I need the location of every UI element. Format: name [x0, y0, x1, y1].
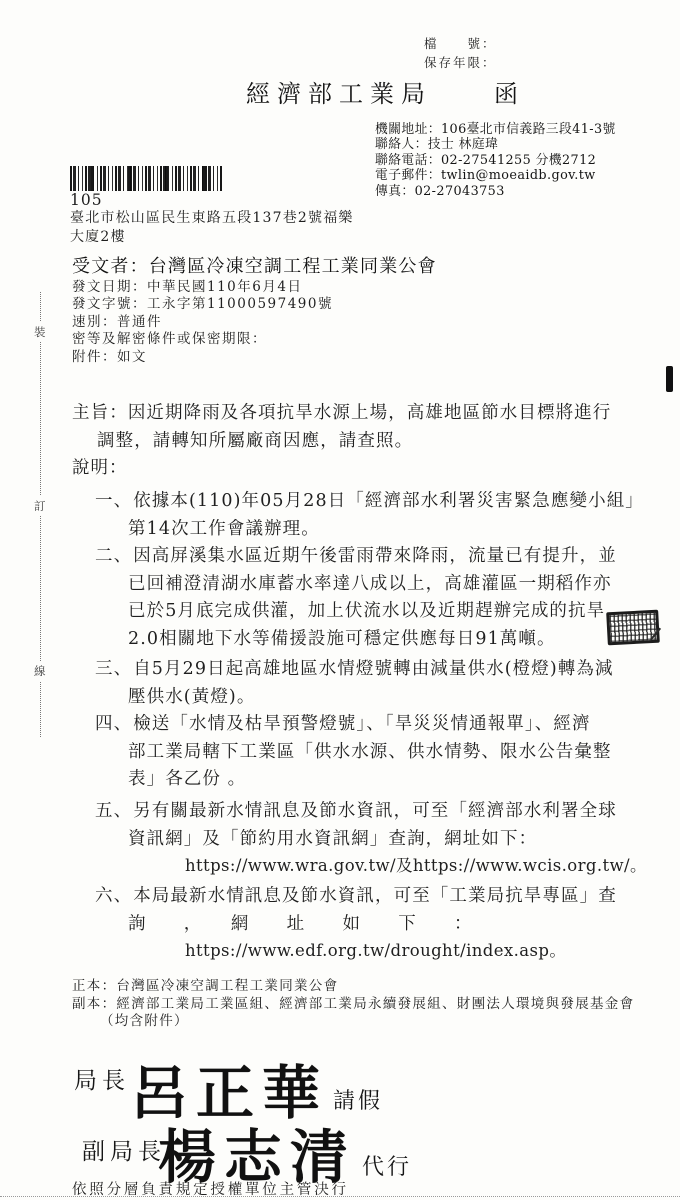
- item-number: 三、: [95, 659, 132, 679]
- explanation-item-1: 一、依據本(110)年05月28日「經濟部水利署災害緊急應變小組」 第14次工作…: [95, 487, 625, 542]
- retention-period-label: 保存年限：: [424, 53, 497, 72]
- explanation-item-6: 六、本局最新水情訊息及節水資訊，可至「工業局抗旱專區」查 詢 ， 網 址 如 下…: [95, 882, 625, 965]
- security-class: 密等及解密條件或保密期限：: [72, 331, 333, 348]
- subject-line1: 主旨：因近期降雨及各項抗旱水源上場，高雄地區節水目標將進行: [72, 399, 611, 427]
- issue-number: 發文字號：工永字第11000597490號: [72, 296, 333, 313]
- agency-contact-block: 機關地址：106臺北市信義路三段41-3號 聯絡人：技士 林庭瑋 聯絡電話：02…: [375, 122, 616, 199]
- original-copy-line: 正本：台灣區冷凍空調工程工業同業公會: [72, 978, 634, 996]
- agency-address: 機關地址：106臺北市信義路三段41-3號: [375, 122, 616, 137]
- contact-fax: 傳真：02-27043753: [375, 184, 616, 199]
- explanation-item-4: 四、檢送「水情及枯旱預警燈號」、「旱災災情通報單」、經濟 部工業局轄下工業區「供…: [95, 710, 625, 793]
- subject-block: 主旨：因近期降雨及各項抗旱水源上場，高雄地區節水目標將進行 調整，請轉知所屬廠商…: [72, 399, 611, 454]
- contact-email: 電子郵件：twlin@moeaidb.gov.tw: [375, 168, 616, 183]
- explanation-label: 說明：: [72, 454, 128, 479]
- file-number-label: 檔 號：: [424, 34, 497, 53]
- item-number: 二、: [95, 546, 132, 566]
- contact-phone: 聯絡電話：02-27541255 分機2712: [375, 153, 616, 168]
- document-title: 經濟部工業局 函: [246, 74, 525, 109]
- issue-date: 發文日期：中華民國110年6月4日: [72, 279, 333, 296]
- mailing-address-line2: 大廈2樓: [70, 228, 354, 247]
- explanation-item-2: 二、因高屏溪集水區近期午後雷雨帶來降雨，流量已有提升，並 已回補澄清湖水庫蓄水率…: [95, 542, 625, 652]
- document-meta-block: 發文日期：中華民國110年6月4日 發文字號：工永字第11000597490號 …: [72, 279, 333, 366]
- deputy-director-title: 副局長: [82, 1133, 166, 1166]
- postal-code: 105: [70, 191, 103, 209]
- scan-artifact-right-edge: [666, 366, 673, 392]
- barcode: [70, 166, 222, 191]
- copies-block: 正本：台灣區冷凍空調工程工業同業公會 副本：經濟部工業局工業區組、經濟部工業局永…: [72, 978, 634, 1031]
- url-line-wra: https://www.wra.gov.tw/及https://www.wcis…: [95, 852, 625, 880]
- speed-class: 速別：普通件: [72, 314, 333, 331]
- subject-line2: 調整，請轉知所屬廠商因應，請查照。: [72, 427, 611, 455]
- subject-label: 主旨：: [72, 403, 128, 423]
- recipient-line: 受文者：台灣區冷凍空調工程工業同業公會: [72, 252, 437, 278]
- file-number-block: 檔 號： 保存年限：: [424, 34, 497, 72]
- url-line-edf: https://www.edf.org.tw/drought/index.asp…: [95, 937, 625, 965]
- binding-mark-xian: 線: [34, 661, 46, 681]
- item-number: 五、: [95, 801, 132, 821]
- cc-attachment-note: （均含附件）: [72, 1013, 634, 1031]
- contact-person: 聯絡人：技士 林庭瑋: [375, 137, 616, 152]
- item-number: 六、: [95, 886, 132, 906]
- mailing-address-line1: 臺北市松山區民生東路五段137巷2號福樂: [70, 209, 354, 228]
- director-title: 局長: [74, 1062, 130, 1095]
- deputy-director-status: 代行: [362, 1150, 412, 1181]
- binding-mark-zhuang: 裝: [34, 322, 46, 342]
- cc-copy-line: 副本：經濟部工業局工業區組、經濟部工業局永續發展組、財團法人環境與發展基金會: [72, 996, 634, 1014]
- mailing-address: 臺北市松山區民生東路五段137巷2號福樂 大廈2樓: [70, 209, 354, 246]
- attachment-note: 附件：如文: [72, 349, 333, 366]
- binding-mark-ding: 訂: [34, 496, 46, 516]
- item-number: 四、: [95, 714, 132, 734]
- explanation-item-3: 三、自5月29日起高雄地區水情燈號轉由減量供水(橙燈)轉為減 壓供水(黃燈)。: [95, 655, 625, 710]
- explanation-item-5: 五、另有關最新水情訊息及節水資訊，可至「經濟部水利署全球 資訊網」及「節約用水資…: [95, 797, 625, 880]
- item-number: 一、: [95, 491, 132, 511]
- scan-artifact-bottom-edge: [0, 1196, 680, 1197]
